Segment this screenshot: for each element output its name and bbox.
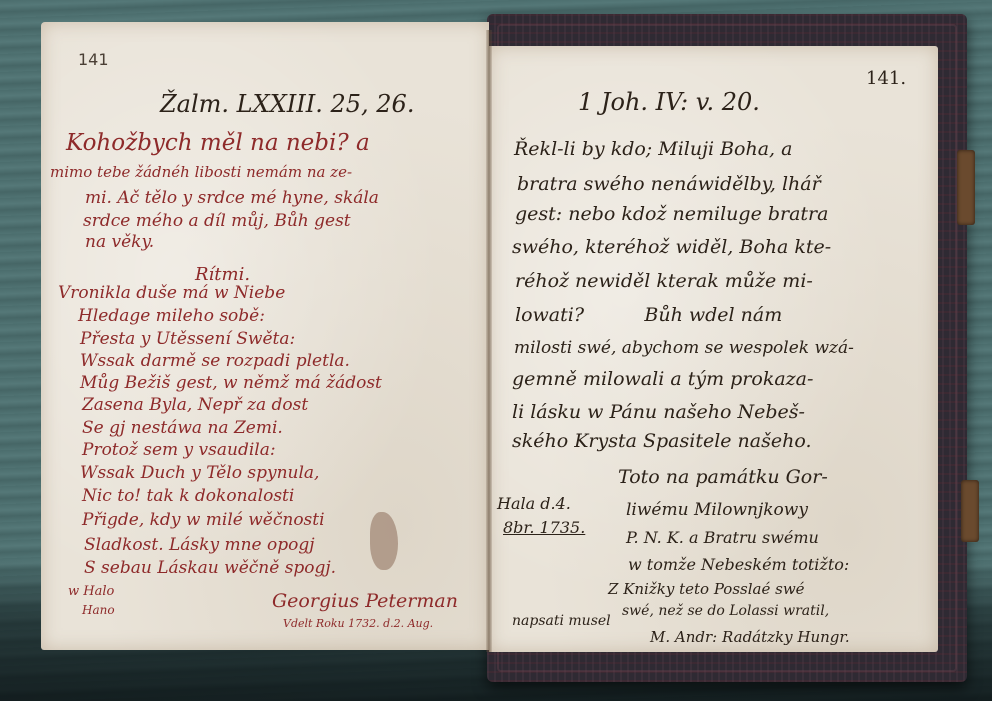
poem-line-11: Přigde, kdy w milé wěčnosti [82,512,325,529]
dedication-date-1: Hala d.4. [497,496,571,512]
dedication-line-7: napsati musel [512,614,611,628]
verse-line-3: gest: nebo kdož nemiluge bratra [515,205,828,224]
right-signature: M. Andr: Radátzky Hungr. [650,630,850,645]
poem-line-9: Wssak Duch y Tělo spynula, [80,465,319,482]
psalm-line-1: Kohožbych měl na nebi? a [66,132,370,155]
psalm-line-3: mi. Ač tělo y srdce mé hyne, skála [85,190,379,207]
dedication-line-6: swé, než se do Lolassi wratil, [622,604,829,618]
dedication-line-2: liwému Milownjkowy [626,502,808,519]
dedication-date-2: 8br. 1735. [503,520,585,536]
right-page-number: 141. [866,70,906,88]
poem-line-1: Vronikla duše má w Niebe [58,285,285,302]
psalm-line-4: srdce mého a díl můj, Bůh gest [83,213,351,230]
left-page-number: 141 [78,52,109,68]
poem-subheading: Rítmi. [195,266,250,284]
poem-line-8: Protož sem y vsaudila: [82,442,276,459]
poem-line-13: S sebau Láskau wěčně spogj. [84,560,336,577]
poem-line-5: Můg Bežiš gest, w němž má žádost [80,375,382,392]
poem-line-2: Hledage mileho sobě: [78,308,265,325]
dedication-line-3: P. N. K. a Bratru swému [626,530,819,546]
verse-line-1: Řekl-li by kdo; Miluji Boha, a [514,140,792,159]
poem-line-4: Wssak darmě se rozpadi pletla. [80,353,350,370]
verse-line-5: réhož newiděl kterak může mi- [515,272,813,291]
poem-line-7: Se gj nestáwa na Zemi. [82,420,283,437]
verse-line-2: bratra swého nenáwidělby, lhář [517,175,821,194]
margin-note-1: w Halo [68,585,114,598]
verse-line-8: gemně milowali a tým prokaza- [512,370,813,389]
poem-line-10: Nic to! tak k dokonalosti [82,488,294,505]
book-gutter [486,30,492,652]
poem-line-3: Přesta y Utěssení Swěta: [80,331,295,348]
margin-note-2: Hano [82,604,115,616]
left-heading: Žalm. LXXIII. 25, 26. [160,92,414,116]
dedication-line-4: w tomže Nebeském totižto: [628,557,849,573]
verse-line-6: lowati? Bůh wdel nám [515,306,782,325]
verse-line-10: ského Krysta Spasitele našeho. [512,432,812,451]
right-heading: 1 Joh. IV: v. 20. [578,90,760,114]
verse-line-7: milosti swé, abychom se wespolek wzá- [514,340,854,357]
poem-line-6: Zasena Byla, Nepř za dost [82,397,308,414]
poem-line-12: Sladkost. Lásky mne opogj [84,537,315,554]
left-signature: Georgius Peterman [272,592,458,611]
dedication-line-5: Z Knižky teto Posslaé swé [608,582,805,597]
left-signature-date: Vdelt Roku 1732. d.2. Aug. [283,618,433,629]
clasp-upper [957,150,975,225]
verse-line-4: swého, kteréhož widěl, Boha kte- [512,238,831,257]
dedication-line-1: Toto na památku Gor- [618,468,828,487]
psalm-line-2: mimo tebe žádnéh libosti nemám na ze- [50,165,352,180]
verse-line-9: li lásku w Pánu našeho Nebeš- [512,403,805,422]
clasp-lower [961,480,979,542]
psalm-line-5: na věky. [85,234,154,251]
